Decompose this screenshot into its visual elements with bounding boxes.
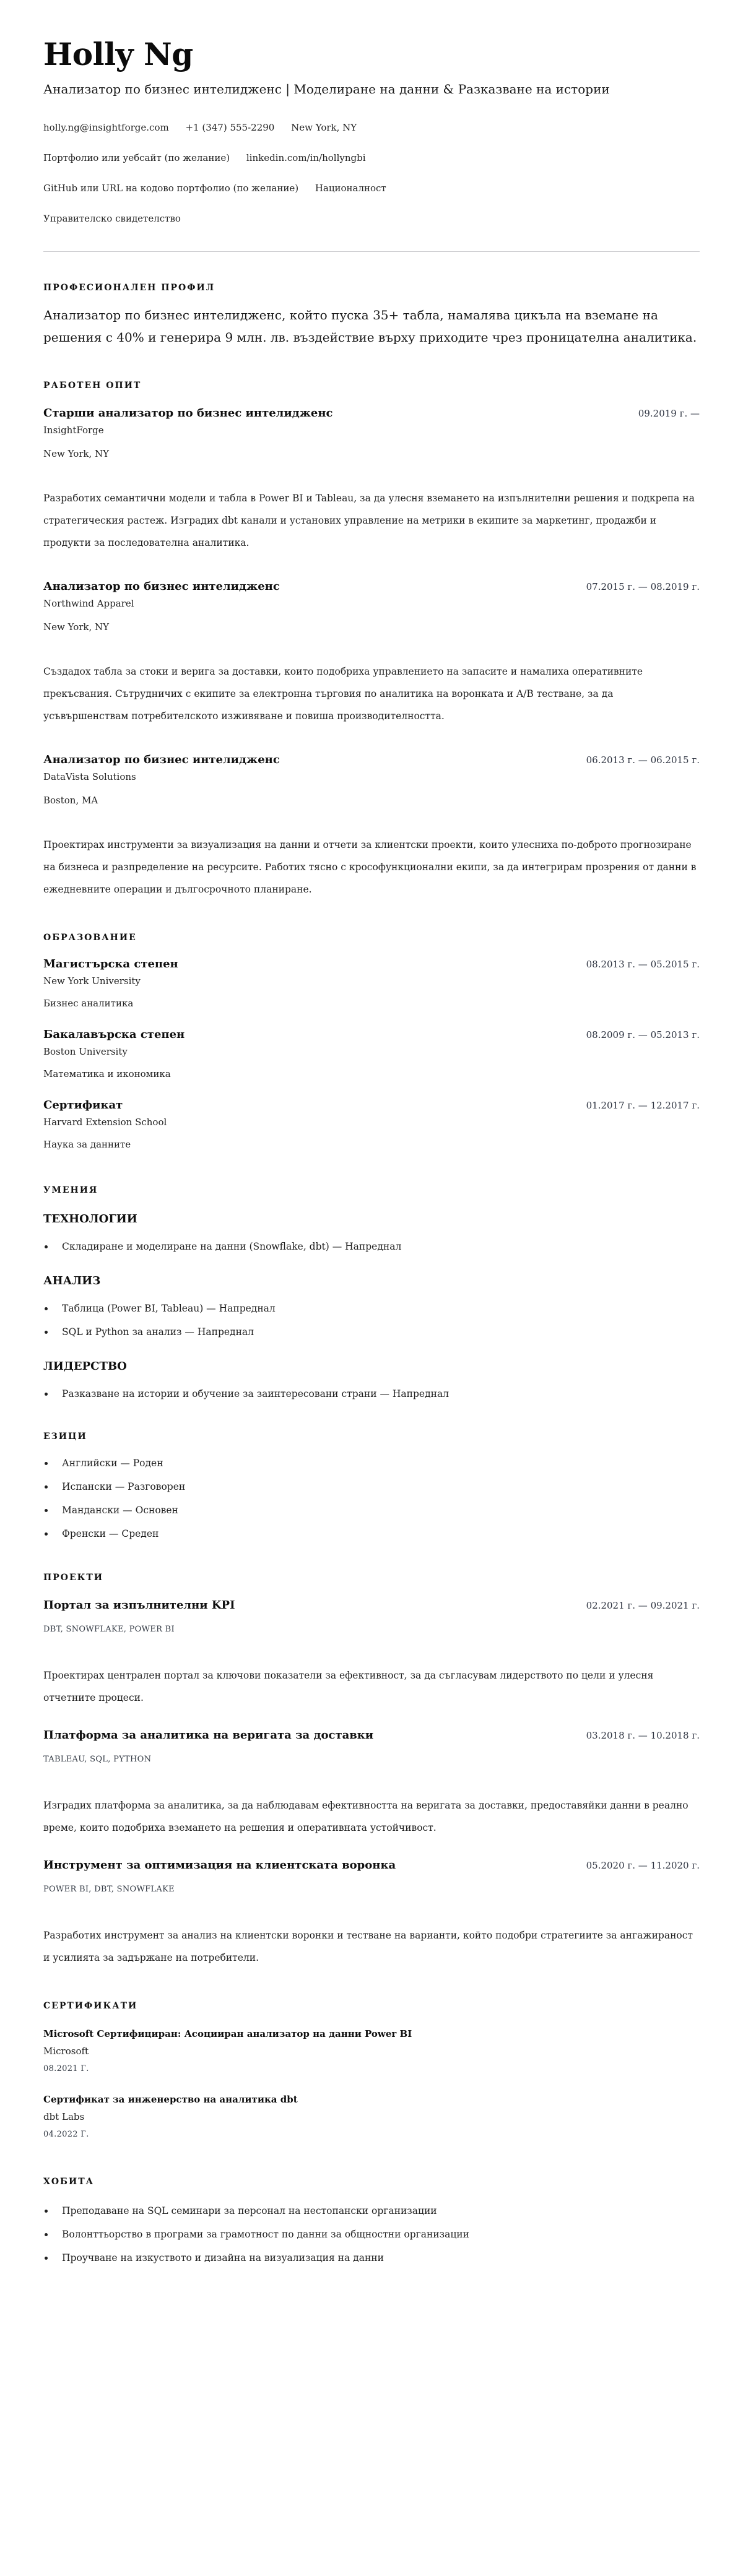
project-tags: TABLEAU, SQL, PYTHON	[43, 1752, 700, 1767]
certification-entry: Microsoft Сертифициран: Асоцииран анализ…	[43, 2026, 700, 2078]
contact-row: Управителско свидетелство	[43, 204, 700, 234]
job-title: Анализатор по бизнес интелидженс	[43, 752, 280, 768]
job-company: Northwind Apparel	[43, 595, 700, 612]
language-item: Английски — Роден	[62, 1451, 700, 1475]
education-entry: Магистърска степен 08.2013 г. — 05.2015 …	[43, 956, 700, 1012]
project-dates: 03.2018 г. — 10.2018 г.	[574, 1727, 700, 1744]
degree-title: Сертификат	[43, 1097, 123, 1113]
section-skills: УМЕНИЯ ТЕХНОЛОГИИ Складиране и моделиран…	[43, 1153, 700, 1406]
education-entry: Сертификат 01.2017 г. — 12.2017 г. Harva…	[43, 1097, 700, 1153]
project-description: Проектирах централен портал за ключови п…	[43, 1664, 700, 1709]
field-of-study: Бизнес аналитика	[43, 995, 700, 1012]
job-company: DataVista Solutions	[43, 768, 700, 785]
project-entry: Портал за изпълнителни KPI 02.2021 г. — …	[43, 1597, 700, 1709]
job-dates: 07.2015 г. — 08.2019 г.	[574, 579, 700, 595]
hobby-list: Преподаване на SQL семинари за персонал …	[43, 2199, 700, 2270]
education-dates: 08.2009 г. — 05.2013 г.	[574, 1027, 700, 1043]
language-list: Английски — Роден Испански — Разговорен …	[43, 1451, 700, 1545]
skill-list: Складиране и моделиране на данни (Snowfl…	[43, 1235, 700, 1258]
skill-category-title: ТЕХНОЛОГИИ	[43, 1211, 700, 1227]
certification-issuer: dbt Labs	[43, 2107, 700, 2126]
language-item: Мандански — Основен	[62, 1498, 700, 1522]
certification-entry: Сертификат за инженерство на аналитика d…	[43, 2091, 700, 2143]
certification-date: 04.2022 Г.	[43, 2126, 700, 2143]
section-title: СЕРТИФИКАТИ	[43, 2001, 700, 2011]
job-description: Разработих семантични модели и табла в P…	[43, 487, 700, 554]
contact-location: New York, NY	[291, 122, 357, 133]
skill-list: Таблица (Power BI, Tableau) — Напреднал …	[43, 1297, 700, 1344]
candidate-headline: Анализатор по бизнес интелидженс | Модел…	[43, 78, 700, 100]
section-title: ЕЗИЦИ	[43, 1432, 700, 1441]
section-profile: ПРОФЕСИОНАЛЕН ПРОФИЛ Анализатор по бизне…	[43, 252, 700, 348]
job-description: Създадох табла за стоки и верига за дост…	[43, 660, 700, 727]
language-item: Френски — Среден	[62, 1522, 700, 1545]
job-location: Boston, MA	[43, 792, 700, 809]
certification-date: 08.2021 Г.	[43, 2060, 700, 2078]
resume-header: Holly Ng Анализатор по бизнес интелиджен…	[43, 35, 700, 252]
section-title: ПРОЕКТИ	[43, 1573, 700, 1583]
school-name: Harvard Extension School	[43, 1113, 700, 1131]
project-dates: 02.2021 г. — 09.2021 г.	[574, 1597, 700, 1614]
job-entry: Анализатор по бизнес интелидженс 07.2015…	[43, 579, 700, 727]
job-location: New York, NY	[43, 445, 700, 462]
contact-phone[interactable]: +1 (347) 555-2290	[185, 122, 274, 133]
candidate-name: Holly Ng	[43, 35, 700, 74]
job-dates: 06.2013 г. — 06.2015 г.	[574, 752, 700, 768]
skill-item: Разказване на истории и обучение за заин…	[62, 1382, 700, 1406]
section-education: ОБРАЗОВАНИЕ Магистърска степен 08.2013 г…	[43, 901, 700, 1153]
language-item: Испански — Разговорен	[62, 1475, 700, 1498]
project-dates: 05.2020 г. — 11.2020 г.	[574, 1857, 700, 1874]
job-title: Старши анализатор по бизнес интелидженс	[43, 405, 332, 421]
section-title: РАБОТЕН ОПИТ	[43, 381, 700, 391]
contact-info: holly.ng@insightforge.com +1 (347) 555-2…	[43, 113, 700, 234]
skill-item: SQL и Python за анализ — Напреднал	[62, 1320, 700, 1344]
degree-title: Бакалавърска степен	[43, 1027, 185, 1043]
contact-row: GitHub или URL на кодово портфолио (по ж…	[43, 173, 700, 204]
contact-row: holly.ng@insightforge.com +1 (347) 555-2…	[43, 113, 700, 143]
job-entry: Анализатор по бизнес интелидженс 06.2013…	[43, 752, 700, 901]
certification-title: Сертификат за инженерство на аналитика d…	[43, 2091, 700, 2107]
project-title: Инструмент за оптимизация на клиентската…	[43, 1857, 396, 1874]
project-description: Изградих платформа за аналитика, за да н…	[43, 1794, 700, 1839]
project-entry: Платформа за аналитика на веригата за до…	[43, 1727, 700, 1839]
skill-item: Складиране и моделиране на данни (Snowfl…	[62, 1235, 700, 1258]
project-entry: Инструмент за оптимизация на клиентската…	[43, 1857, 700, 1969]
skill-category-title: ЛИДЕРСТВО	[43, 1359, 700, 1375]
hobby-item: Волонттьорство в програми за грамотност …	[62, 2223, 700, 2246]
project-description: Разработих инструмент за анализ на клиен…	[43, 1924, 700, 1969]
certification-issuer: Microsoft	[43, 2042, 700, 2060]
hobby-item: Преподаване на SQL семинари за персонал …	[62, 2199, 700, 2223]
section-title: ПРОФЕСИОНАЛЕН ПРОФИЛ	[43, 283, 700, 293]
job-entry: Старши анализатор по бизнес интелидженс …	[43, 405, 700, 554]
contact-nationality: Националност	[315, 183, 386, 194]
project-tags: DBT, SNOWFLAKE, POWER BI	[43, 1622, 700, 1637]
project-title: Платформа за аналитика на веригата за до…	[43, 1727, 373, 1744]
section-title: УМЕНИЯ	[43, 1185, 700, 1195]
hobby-item: Проучване на изкуството и дизайна на виз…	[62, 2246, 700, 2270]
school-name: New York University	[43, 972, 700, 990]
section-projects: ПРОЕКТИ Портал за изпълнителни KPI 02.20…	[43, 1545, 700, 1969]
job-description: Проектирах инструменти за визуализация н…	[43, 834, 700, 901]
profile-summary: Анализатор по бизнес интелидженс, който …	[43, 304, 700, 348]
project-tags: POWER BI, DBT, SNOWFLAKE	[43, 1882, 700, 1897]
section-title: ХОБИТА	[43, 2177, 700, 2187]
section-languages: ЕЗИЦИ Английски — Роден Испански — Разго…	[43, 1406, 700, 1545]
field-of-study: Математика и икономика	[43, 1065, 700, 1083]
job-title: Анализатор по бизнес интелидженс	[43, 579, 280, 595]
contact-license: Управителско свидетелство	[43, 213, 181, 224]
contact-github[interactable]: GitHub или URL на кодово портфолио (по ж…	[43, 183, 298, 194]
education-entry: Бакалавърска степен 08.2009 г. — 05.2013…	[43, 1027, 700, 1083]
school-name: Boston University	[43, 1043, 700, 1060]
skill-list: Разказване на истории и обучение за заин…	[43, 1382, 700, 1406]
education-dates: 08.2013 г. — 05.2015 г.	[574, 956, 700, 972]
project-title: Портал за изпълнителни KPI	[43, 1597, 235, 1614]
field-of-study: Наука за данните	[43, 1136, 700, 1153]
skill-item: Таблица (Power BI, Tableau) — Напреднал	[62, 1297, 700, 1320]
section-title: ОБРАЗОВАНИЕ	[43, 933, 700, 943]
section-experience: РАБОТЕН ОПИТ Старши анализатор по бизнес…	[43, 348, 700, 901]
job-company: InsightForge	[43, 421, 700, 439]
education-dates: 01.2017 г. — 12.2017 г.	[574, 1097, 700, 1113]
contact-row: Портфолио или уебсайт (по желание) linke…	[43, 143, 700, 173]
section-certifications: СЕРТИФИКАТИ Microsoft Сертифициран: Асоц…	[43, 1969, 700, 2143]
contact-linkedin[interactable]: linkedin.com/in/hollyngbi	[246, 152, 366, 163]
job-dates: 09.2019 г. —	[626, 405, 700, 421]
job-location: New York, NY	[43, 618, 700, 636]
contact-email[interactable]: holly.ng@insightforge.com	[43, 122, 169, 133]
section-hobbies: ХОБИТА Преподаване на SQL семинари за пе…	[43, 2143, 700, 2270]
contact-portfolio[interactable]: Портфолио или уебсайт (по желание)	[43, 152, 230, 163]
resume-page: Holly Ng Анализатор по бизнес интелиджен…	[0, 0, 743, 2307]
skill-category-title: АНАЛИЗ	[43, 1273, 700, 1289]
certification-title: Microsoft Сертифициран: Асоцииран анализ…	[43, 2026, 700, 2042]
degree-title: Магистърска степен	[43, 956, 178, 972]
